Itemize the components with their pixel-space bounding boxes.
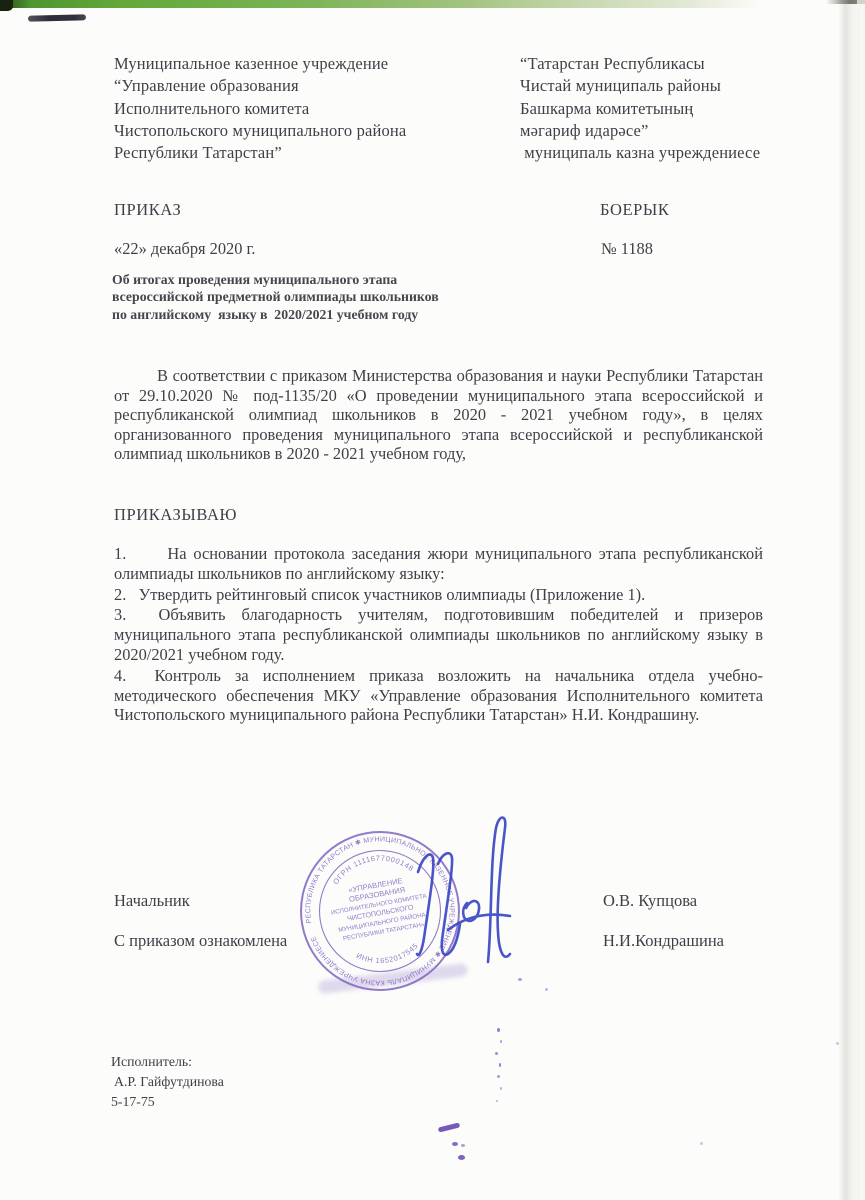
- org-line: Муниципальное казенное учреждение: [114, 53, 514, 75]
- ink-speck: [500, 1087, 502, 1090]
- org-line: Исполнительного комитета: [114, 98, 514, 120]
- executor-block: Исполнитель: А.Р. Гайфутдинова 5-17-75: [111, 1052, 224, 1111]
- executor-name: А.Р. Гайфутдинова: [114, 1072, 224, 1092]
- org-line: Чистопольского муниципального района: [114, 120, 514, 142]
- signature-title: С приказом ознакомлена: [114, 931, 287, 951]
- doc-number: № 1188: [601, 239, 653, 259]
- org-line: Чистай муниципаль районы: [520, 75, 850, 97]
- order-item: 3. Объявить благодарность учителям, подг…: [114, 605, 763, 664]
- ink-speck: [496, 1100, 498, 1102]
- signature-name: Н.И.Кондрашина: [603, 931, 724, 951]
- doc-subject: Об итогах проведения муниципального этап…: [112, 271, 472, 323]
- pen-mark: [28, 14, 86, 22]
- ink-speck: [518, 978, 522, 981]
- preamble-paragraph: В соответствии с приказом Министерства о…: [114, 366, 763, 464]
- ink-speck: [452, 1142, 458, 1146]
- subject-line: по английскому языку в 2020/2021 учебном…: [112, 306, 472, 323]
- ink-speck: [461, 1144, 465, 1147]
- ink-speck: [497, 1075, 500, 1078]
- doc-date: «22» декабря 2020 г.: [114, 239, 256, 259]
- signature-title: Начальник: [114, 891, 190, 911]
- directive-word: ПРИКАЗЫВАЮ: [114, 505, 237, 525]
- ink-speck: [700, 1142, 703, 1145]
- ink-smudge: [438, 1122, 461, 1132]
- doc-type-tatar: БОЕРЫК: [600, 200, 670, 220]
- doc-type-russian: ПРИКАЗ: [114, 200, 181, 220]
- scanner-edge-green-strip: [0, 0, 762, 8]
- handwritten-signature: [402, 810, 517, 995]
- org-name-russian: Муниципальное казенное учреждение “Управ…: [114, 53, 514, 164]
- order-items: 1. На основании протокола заседания жюри…: [114, 544, 763, 726]
- org-line: Башкарма комитетының: [520, 98, 850, 120]
- ink-speck: [499, 1063, 501, 1067]
- org-line: “Татарстан Республикасы: [520, 53, 850, 75]
- org-line: “Управление образования: [114, 75, 514, 97]
- ink-speck: [495, 1052, 498, 1055]
- ink-speck: [458, 1155, 465, 1160]
- ink-speck: [545, 988, 548, 991]
- signature-name: О.В. Купцова: [603, 891, 697, 911]
- ink-speck: [836, 1042, 839, 1045]
- org-line: муниципаль казна учреждениесе: [520, 142, 850, 164]
- org-line: Республики Татарстан”: [114, 142, 514, 164]
- paper-fold-highlight: [857, 0, 865, 1200]
- scanner-corner-dark: [0, 0, 13, 11]
- ink-speck: [500, 1040, 502, 1043]
- executor-label: Исполнитель:: [111, 1052, 224, 1072]
- scanned-order-document: Муниципальное казенное учреждение “Управ…: [0, 0, 865, 1200]
- subject-line: всероссийской предметной олимпиады школь…: [112, 288, 472, 305]
- order-item: 1. На основании протокола заседания жюри…: [114, 544, 763, 584]
- subject-line: Об итогах проведения муниципального этап…: [112, 271, 472, 288]
- executor-phone: 5-17-75: [111, 1092, 224, 1112]
- org-name-tatar: “Татарстан Республикасы Чистай муниципал…: [520, 53, 850, 164]
- order-item: 4. Контроль за исполнением приказа возло…: [114, 666, 763, 725]
- ink-speck: [497, 1028, 500, 1032]
- org-line: мәгариф идарәсе”: [520, 120, 850, 142]
- order-item: 2. Утвердить рейтинговый список участник…: [114, 585, 763, 605]
